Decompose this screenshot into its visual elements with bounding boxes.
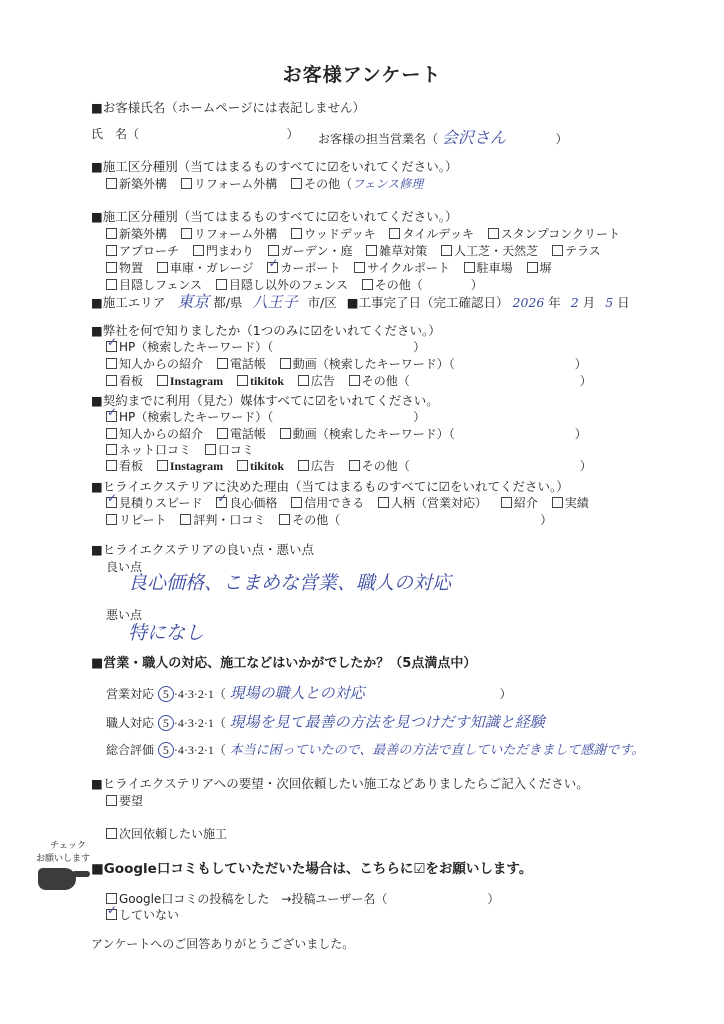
google-heading: ■Google口コミもしていただいた場合は、こちらに☑をお願いします。 [91,857,532,877]
checkbox[interactable] [349,375,360,386]
comment-field[interactable]: 現場の職人との対応 [230,682,500,703]
requests-heading: ■ヒライエクステリアへの要望・次回依頼したい施工などありましたらご記入ください。 [91,774,589,792]
checkbox[interactable] [106,358,117,369]
points-heading: ■ヒライエクステリアの良い点・悪い点 [91,540,314,558]
year-suffix: 年 [548,295,561,310]
checkbox-carport-checked[interactable] [267,262,278,273]
checkbox-new-build[interactable] [106,178,117,189]
option-label: アプローチ [119,244,179,258]
checkbox[interactable] [378,497,389,508]
sales-name-field[interactable]: 会沢さん [442,125,552,148]
option-label: タイルデッキ [402,227,474,241]
pref-suffix: 都/県 [213,295,242,310]
checkbox[interactable] [527,262,538,273]
option-label: 看板 [119,459,143,473]
paren-close: ） [287,127,299,141]
checkbox-other[interactable] [291,178,302,189]
sales-row: お客様の担当営業名（ 会沢さん ） [318,125,568,148]
option-label: 良心価格 [229,496,277,510]
option-label: 電話帳 [230,357,266,371]
option-label: 人工芝・天然芝 [454,244,538,258]
checkbox-hp-checked[interactable] [106,341,117,352]
option-label: その他（ [304,177,352,191]
checkbox[interactable] [106,375,117,386]
checkbox[interactable] [106,228,117,239]
option-label: テラス [565,244,601,258]
option-label: 動画（検索したキーワード）（ [293,427,455,441]
option-label: ウッドデッキ [304,227,376,241]
option-label: Instagram [170,374,223,388]
option-label: Google口コミの投稿をした →投稿ユーザー名（ [119,892,387,906]
checkbox[interactable] [366,245,377,256]
option-label: 新築外構 [119,227,167,241]
option-label: 実績 [565,496,589,510]
checkbox[interactable] [157,375,168,386]
reason-row1: 見積りスピード 良心価格 信用できる 人柄（営業対応） 紹介 実績 [106,494,599,511]
checkbox[interactable] [106,245,117,256]
option-label: 看板 [119,374,143,388]
score-scale: ·4·3·2·1（ [174,687,226,701]
option-label: ネット口コミ [119,443,191,457]
rating-row-craftsman: 職人対応 5·4·3·2·1（ 現場を見て最善の方法を見つけだす知識と経験 [106,711,545,732]
month-field[interactable]: 2 [571,295,579,310]
checkbox[interactable] [298,460,309,471]
media-heading: ■契約までに利用（見た）媒体すべてに☑をいれてください。 [91,391,439,409]
checkbox[interactable] [237,460,248,471]
prefecture-field[interactable]: 東京 [177,292,209,311]
option-label: 要望 [119,794,143,808]
bad-points-field[interactable]: 特になし [128,618,204,645]
city-field[interactable]: 八王子 [253,293,298,311]
area-row: ■施工エリア 東京 都/県 八王子 市/区 ■工事完了日（完工確認日） 2026… [91,289,630,312]
source-hp-row: HP（検索したキーワード）（） [106,338,425,355]
option-label: HP（検索したキーワード）（ [119,340,273,354]
category2-heading: ■施工区分種別（当てはまるものすべてに☑をいれてください。） [91,207,458,225]
checkbox[interactable] [552,497,563,508]
option-label: 見積りスピード [119,496,203,510]
option-label: 人柄（営業対応） [391,496,487,510]
checkbox-hp-checked[interactable] [106,411,117,422]
day-suffix: 日 [617,295,630,310]
option-label: 新築外構 [119,177,167,191]
score-selected[interactable]: 5 [158,715,174,731]
completion-label: ■工事完了日（完工確認日） [347,295,509,310]
option-label: 口コミ [218,443,254,457]
option-label: サイクルポート [367,261,450,275]
wish-row: 要望 [106,792,143,809]
checkbox[interactable] [501,497,512,508]
checkbox-wish[interactable] [106,795,117,806]
checkbox[interactable] [349,460,360,471]
option-label: HP（検索したキーワード）（ [119,410,273,424]
checkbox[interactable] [106,514,117,525]
source-row3: 看板 Instagram tikitok 広告 その他（） [106,372,602,389]
rating-label: 営業対応 [106,687,154,701]
pointing-hand-icon [38,868,76,890]
checkbox[interactable] [280,428,291,439]
option-label: その他（ [362,459,410,473]
option-label: カーポート [280,261,340,275]
customer-heading: ■お客様氏名（ホームページには表記しません） [91,98,365,116]
day-field[interactable]: 5 [605,295,613,310]
option-label: 動画（検索したキーワード）（ [293,357,455,371]
option-label: 門まわり [206,244,254,258]
option-label: 評判・口コミ [193,513,265,527]
checkbox-price-checked[interactable] [216,497,227,508]
score-selected[interactable]: 5 [158,686,174,702]
google-posted-row: Google口コミの投稿をした →投稿ユーザー名（） [106,890,499,907]
option-label: 電話帳 [230,427,266,441]
category2-row3: 物置 車庫・ガレージ カーポート サイクルポート 駐車場 塀 [106,259,562,276]
checkbox[interactable] [157,460,168,471]
score-scale: ·4·3·2·1（ [174,716,226,730]
checkbox-not-posted-checked[interactable] [106,909,117,920]
page-title: お客様アンケート [0,60,724,87]
option-label: リフォーム外構 [194,227,277,241]
comment-field[interactable]: 現場を見て最善の方法を見つけだす知識と経験 [230,713,545,731]
checkbox[interactable] [217,358,228,369]
rating-label: 総合評価 [106,743,154,757]
checkbox[interactable] [488,228,499,239]
option-label: 駐車場 [477,261,513,275]
option-label: 車庫・ガレージ [170,261,254,275]
media-row3: ネット口コミ 口コミ [106,441,264,458]
checkbox[interactable] [193,245,204,256]
month-suffix: 月 [583,295,596,310]
option-label: その他（ [362,374,410,388]
checkbox-speed-checked[interactable] [106,497,117,508]
next-row: 次回依頼したい施工 [106,825,227,842]
comment-field[interactable]: 本当に困っていたので、最善の方法で直していただきまして感謝です。 [230,743,645,758]
checkbox[interactable] [464,262,475,273]
media-hp-row: HP（検索したキーワード）（） [106,408,425,425]
option-label: 知人からの紹介 [119,357,203,371]
checkbox[interactable] [106,428,117,439]
rating-row-overall: 総合評価 5·4·3·2·1（ 本当に困っていたので、最善の方法で直していただき… [106,739,644,758]
source-row2: 知人からの紹介 電話帳 動画（検索したキーワード）（） [106,355,597,372]
option-label: スタンプコンクリート [501,227,620,241]
score-scale: ·4·3·2·1（ [174,743,226,757]
checkbox[interactable] [279,514,290,525]
option-label: 塀 [540,261,552,275]
year-field[interactable]: 2026 [513,295,545,310]
other-field[interactable]: フェンス修理 [352,177,423,191]
sales-label: お客様の担当営業名（ [318,132,438,146]
checkbox[interactable] [291,228,302,239]
checkbox[interactable] [180,514,191,525]
checkbox[interactable] [217,428,228,439]
category1-options: 新築外構 リフォーム外構 その他（フェンス修理 [106,175,433,192]
rating-heading: ■営業・職人の対応、施工などはいかがでしたか？（5点満点中） [91,652,476,671]
option-label: していない [119,908,179,922]
checkbox[interactable] [157,262,168,273]
checkbox[interactable] [106,262,117,273]
checkbox[interactable] [441,245,452,256]
option-label: 雑草対策 [379,244,427,258]
checkbox[interactable] [298,375,309,386]
checkbox[interactable] [106,460,117,471]
rating-row-sales: 営業対応 5·4·3·2·1（ 現場の職人との対応） [106,682,512,703]
option-label: 広告 [311,459,335,473]
check-badge-line2: お願いします [28,851,98,864]
checkbox[interactable] [106,444,117,455]
option-label: 紹介 [514,496,538,510]
checkbox[interactable] [291,497,302,508]
checkbox[interactable] [181,228,192,239]
category1-heading: ■施工区分種別（当てはまるものすべてに☑をいれてください。） [91,157,458,175]
option-label: Instagram [170,459,223,473]
thanks-message: アンケートへのご回答ありがとうございました。 [91,935,354,952]
checkbox[interactable] [280,358,291,369]
option-label: tikitok [250,459,284,473]
checkbox[interactable] [354,262,365,273]
checkbox[interactable] [237,375,248,386]
media-row2: 知人からの紹介 電話帳 動画（検索したキーワード）（） [106,425,597,442]
option-label: リピート [119,513,167,527]
source-heading: ■弊社を何で知りましたか（1つのみに☑をいれてください。） [91,321,441,339]
reason-row2: リピート 評判・口コミ その他（） [106,511,562,528]
option-label: tikitok [250,374,284,388]
paren-close: ） [556,132,568,146]
option-label: その他（ [292,513,340,527]
check-badge-line1: チェック [38,838,98,851]
option-label: リフォーム外構 [194,177,277,191]
option-label: 信用できる [304,496,364,510]
option-label: ガーデン・庭 [281,244,353,258]
area-label: ■施工エリア [91,295,165,310]
checkbox[interactable] [268,245,279,256]
option-label: 知人からの紹介 [119,427,203,441]
reason-heading: ■ヒライエクステリアに決めた理由（当てはまるものすべてに☑をいれてください。） [91,477,569,495]
google-not-posted-row: していない [106,906,179,923]
customer-name-row: 氏 名（ ） [91,125,299,142]
checkbox[interactable] [389,228,400,239]
checkbox-next[interactable] [106,828,117,839]
rating-label: 職人対応 [106,716,154,730]
media-row4: 看板 Instagram tikitok 広告 その他（） [106,457,602,474]
option-label: 次回依頼したい施工 [119,827,227,841]
good-points-field[interactable]: 良心価格、こまめな営業、職人の対応 [128,568,451,595]
checkbox[interactable] [205,444,216,455]
city-suffix: 市/区 [308,295,337,310]
score-selected[interactable]: 5 [158,742,174,758]
option-label: 広告 [311,374,335,388]
option-label: 物置 [119,261,143,275]
name-label: 氏 名（ [91,127,139,141]
category2-row1: 新築外構 リフォーム外構 ウッドデッキ タイルデッキ スタンプコンクリート [106,225,630,242]
checkbox[interactable] [552,245,563,256]
category2-row2: アプローチ 門まわり ガーデン・庭 雑草対策 人工芝・天然芝 テラス [106,242,611,259]
checkbox-reform[interactable] [181,178,192,189]
